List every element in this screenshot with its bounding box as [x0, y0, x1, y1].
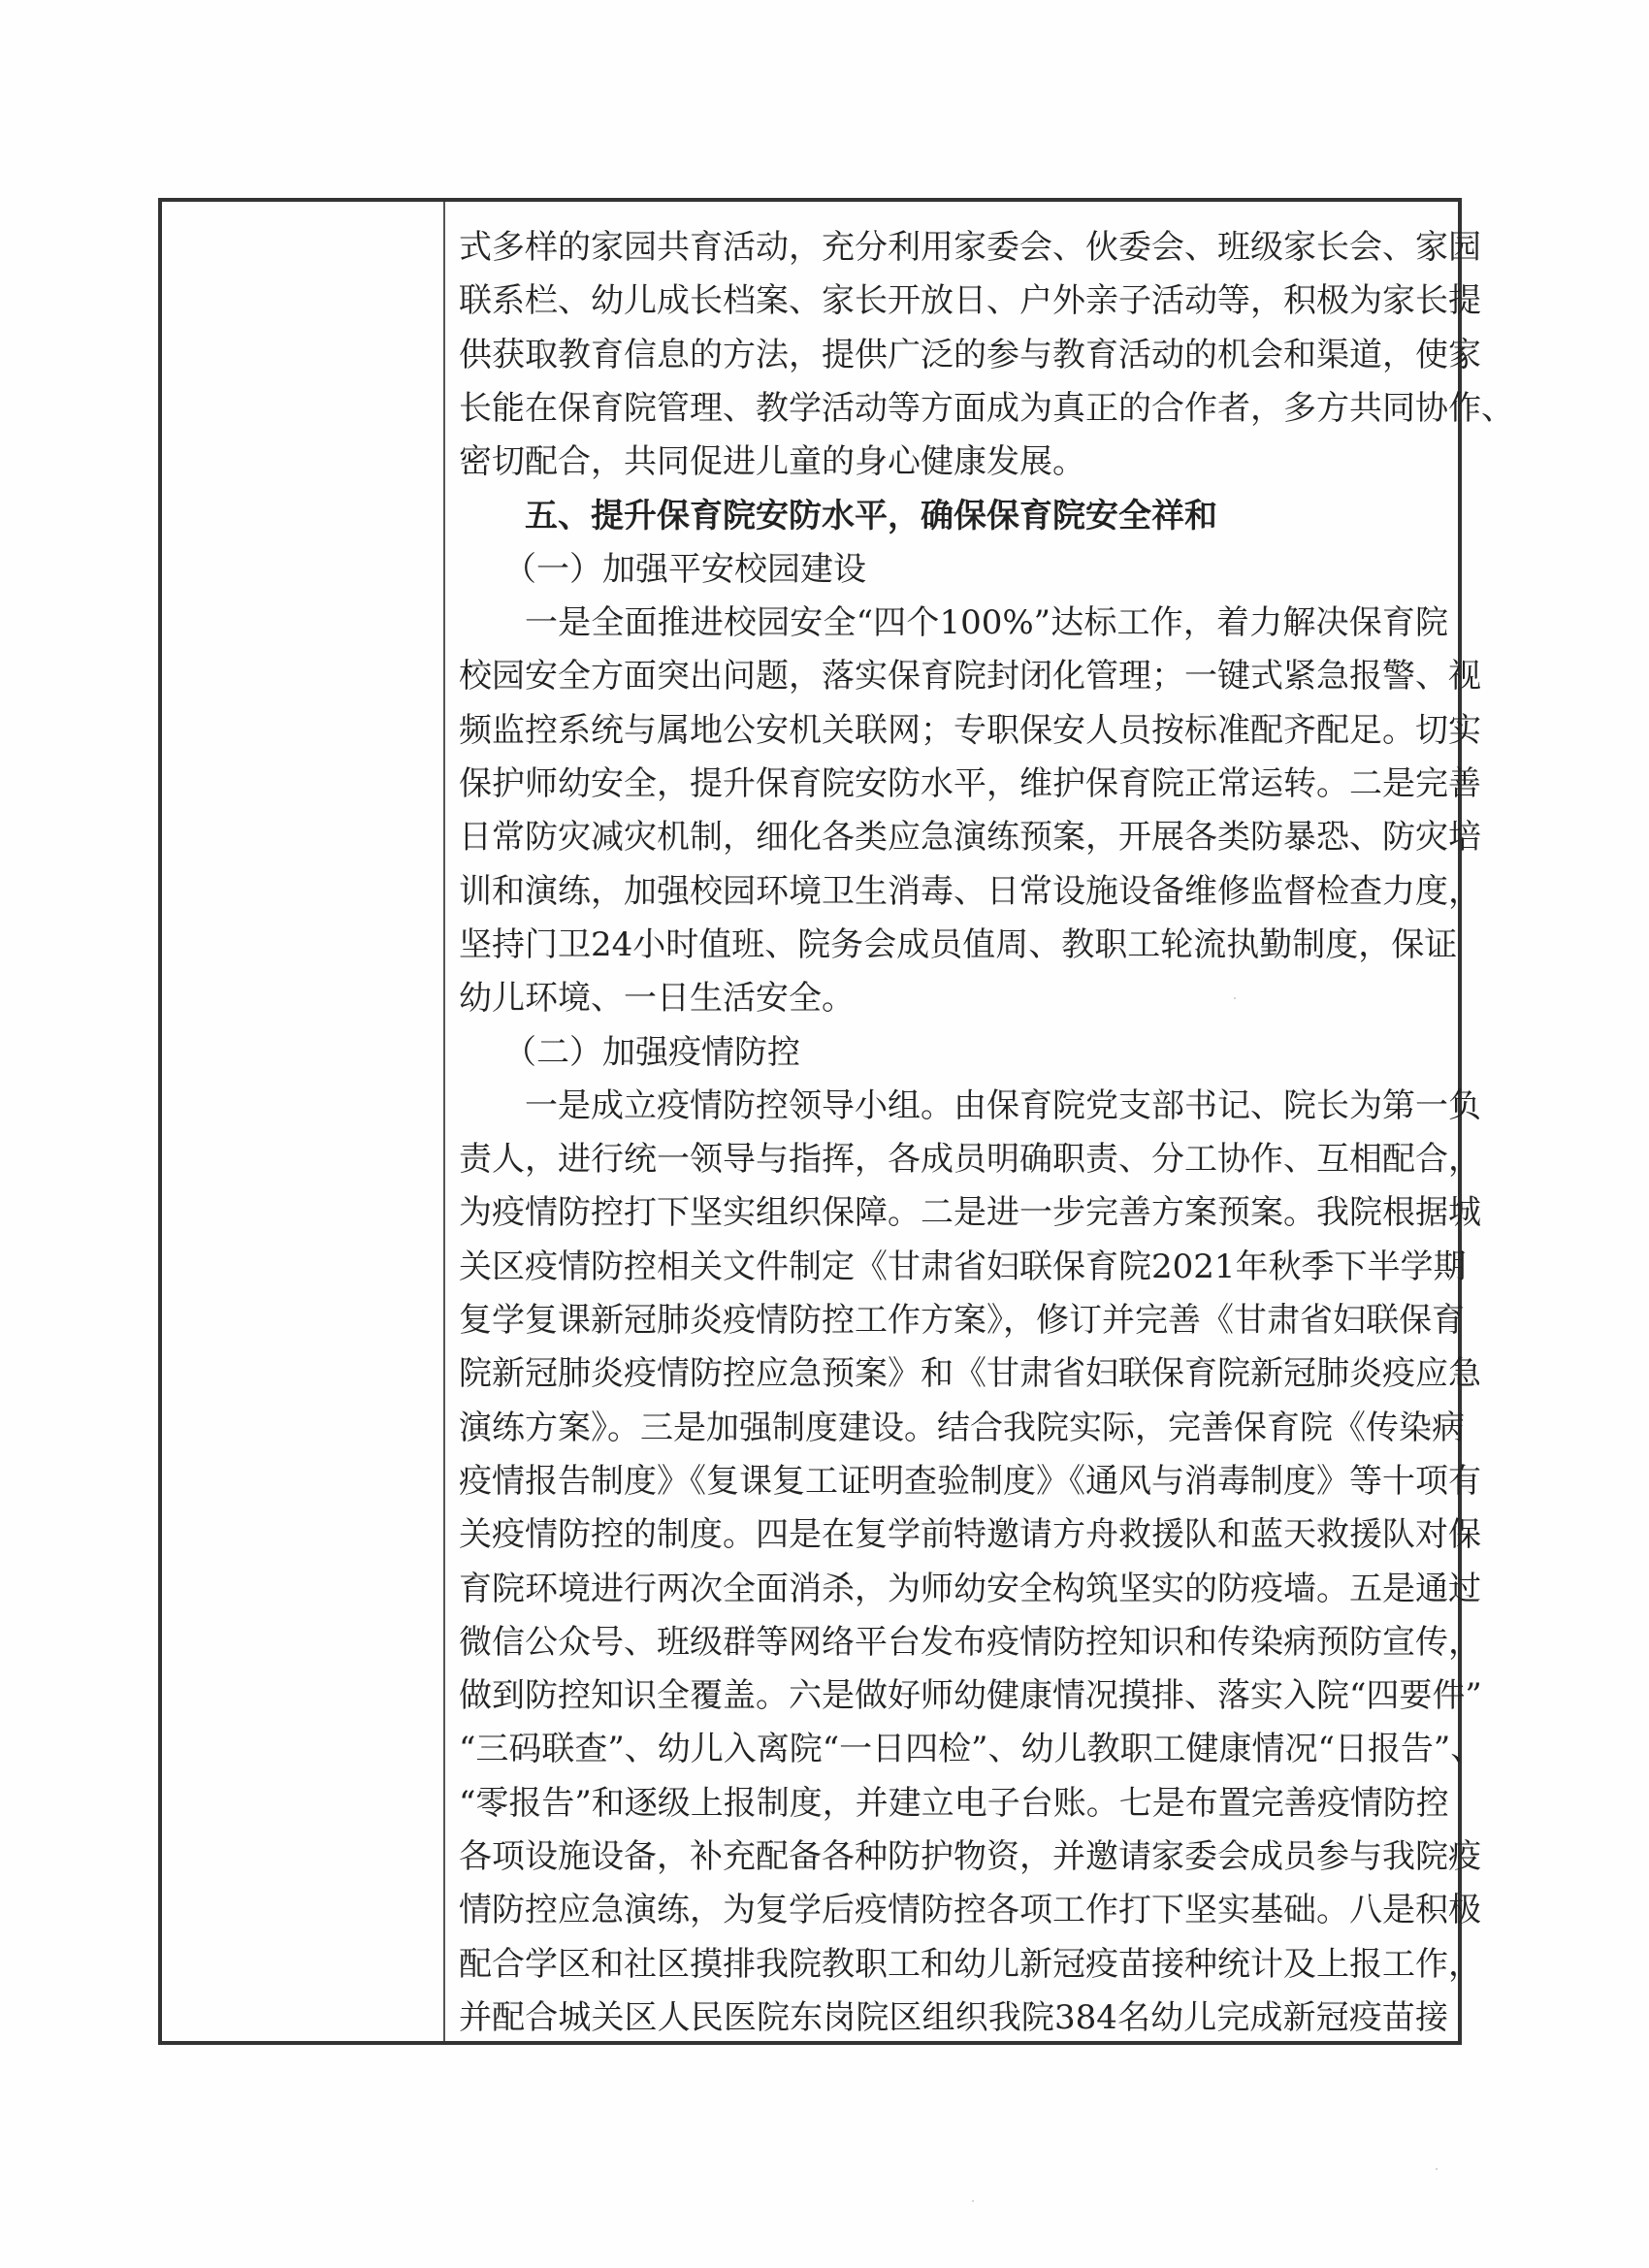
- body-text-line: 责人，进行统一领导与指挥，各成员明确职责、分工协作、互相配合，: [459, 1135, 1448, 1183]
- body-text-line: 做到防控知识全覆盖。六是做好师幼健康情况摸排、落实入院“四要件”: [459, 1671, 1448, 1720]
- scan-speck: [972, 2200, 974, 2202]
- body-text-line: 演练方案》。三是加强制度建设。结合我院实际，完善保育院《传染病: [459, 1404, 1448, 1452]
- body-text-line: 训和演练，加强校园环境卫生消毒、日常设施设备维修监督检查力度，: [459, 867, 1448, 916]
- scan-speck: [1234, 997, 1236, 999]
- content-cell: 式多样的家园共育活动，充分利用家委会、伙委会、班级家长会、家园联系栏、幼儿成长档…: [445, 202, 1458, 2041]
- paragraph-last-line: 幼儿环境、一日生活安全。: [459, 974, 1448, 1022]
- body-text-line: “零报告”和逐级上报制度，并建立电子台账。七是布置完善疫情防控: [459, 1779, 1448, 1828]
- body-text-line: 配合学区和社区摸排我院教职工和幼儿新冠疫苗接种统计及上报工作，: [459, 1940, 1448, 1989]
- body-text-line: 频监控系统与属地公安机关联网；专职保安人员按标准配齐配足。切实: [459, 706, 1448, 755]
- body-text-line: 坚持门卫24小时值班、院务会成员值周、教职工轮流执勤制度，保证: [459, 921, 1448, 969]
- body-text-line: 关疫情防控的制度。四是在复学前特邀请方舟救援队和蓝天救援队对保: [459, 1510, 1448, 1559]
- paragraph-last-line: 密切配合，共同促进儿童的身心健康发展。: [459, 437, 1448, 486]
- section-heading: 五、提升保育院安防水平，确保保育院安全祥和: [525, 492, 1448, 540]
- scanned-document-page: 式多样的家园共育活动，充分利用家委会、伙委会、班级家长会、家园联系栏、幼儿成长档…: [0, 0, 1649, 2268]
- body-text-line: “三码联查”、幼儿入离院“一日四检”、幼儿教职工健康情况“日报告”、: [459, 1725, 1448, 1773]
- subsection-heading: （一）加强平安校园建设: [503, 545, 866, 594]
- body-text-line: 日常防灾减灾机制，细化各类应急演练预案，开展各类防暴恐、防灾培: [459, 813, 1448, 861]
- body-text-line: 疫情报告制度》《复课复工证明查验制度》《通风与消毒制度》等十项有: [459, 1457, 1448, 1506]
- body-text-line: 为疫情防控打下坚实组织保障。二是进一步完善方案预案。我院根据城: [459, 1188, 1448, 1237]
- body-text-line: 微信公众号、班级群等网络平台发布疫情防控知识和传染病预防宣传，: [459, 1618, 1448, 1667]
- body-text-line: 各项设施设备，补充配备各种防护物资，并邀请家委会成员参与我院疫: [459, 1832, 1448, 1881]
- body-text-line: 关区疫情防控相关文件制定《甘肃省妇联保育院2021年秋季下半学期: [459, 1243, 1448, 1291]
- left-label-cell: [162, 202, 443, 2041]
- body-text-line: 长能在保育院管理、教学活动等方面成为真正的合作者，多方共同协作、: [459, 384, 1448, 433]
- paragraph-first-line: 一是成立疫情防控领导小组。由保育院党支部书记、院长为第一负: [525, 1082, 1448, 1130]
- body-text-line: 并配合城关区人民医院东岗院区组织我院384名幼儿完成新冠疫苗接: [459, 1993, 1448, 2042]
- body-text-line: 院新冠肺炎疫情防控应急预案》和《甘肃省妇联保育院新冠肺炎疫应急: [459, 1349, 1448, 1398]
- paragraph-first-line: 一是全面推进校园安全“四个100%”达标工作，着力解决保育院: [525, 599, 1448, 647]
- body-text-line: 保护师幼安全，提升保育院安防水平，维护保育院正常运转。二是完善: [459, 760, 1448, 808]
- subsection-heading: （二）加强疫情防控: [503, 1028, 800, 1077]
- report-table: 式多样的家园共育活动，充分利用家委会、伙委会、班级家长会、家园联系栏、幼儿成长档…: [158, 198, 1462, 2045]
- scan-speck: [1436, 2168, 1438, 2170]
- body-text-line: 联系栏、幼儿成长档案、家长开放日、户外亲子活动等，积极为家长提: [459, 276, 1448, 325]
- body-text-line: 复学复课新冠肺炎疫情防控工作方案》，修订并完善《甘肃省妇联保育: [459, 1296, 1448, 1345]
- body-text-line: 育院环境进行两次全面消杀，为师幼安全构筑坚实的防疫墙。五是通过: [459, 1565, 1448, 1613]
- body-text-line: 供获取教育信息的方法，提供广泛的参与教育活动的机会和渠道，使家: [459, 331, 1448, 379]
- body-text-line: 情防控应急演练，为复学后疫情防控各项工作打下坚实基础。八是积极: [459, 1886, 1448, 1934]
- body-text-line: 式多样的家园共育活动，充分利用家委会、伙委会、班级家长会、家园: [459, 223, 1448, 272]
- body-text-line: 校园安全方面突出问题，落实保育院封闭化管理；一键式紧急报警、视: [459, 652, 1448, 700]
